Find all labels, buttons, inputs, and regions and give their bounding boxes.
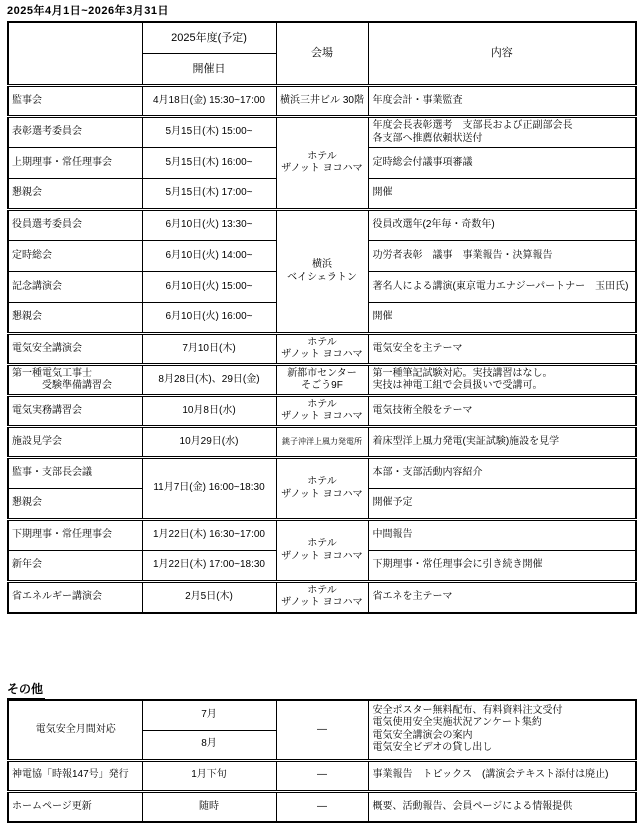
header-blank-cell	[8, 22, 142, 86]
event-content: 開催	[368, 303, 636, 334]
event-venue: ―	[276, 700, 368, 760]
event-name: 省エネルギー講演会	[8, 582, 142, 613]
event-content: 年度会計・事業監査	[368, 86, 636, 117]
table-row: ホームページ更新 随時 ― 概要、活動報告、会員ページによる情報提供	[8, 791, 636, 822]
event-venue: ホテル ザノット ヨコハマ	[276, 520, 368, 582]
event-name: 表彰選考委員会	[8, 117, 142, 148]
table-row: 第一種電気工事士 受験準備講習会 8月28日(木)、29日(金) 新都市センター…	[8, 365, 636, 396]
other-activities-table: 電気安全月間対応 7月 ― 安全ポスター無料配布、有料資料注文受付 電気使用安全…	[7, 699, 637, 823]
table-row: 監事会 4月18日(金) 15:30~17:00 横浜三井ビル 30階 年度会計…	[8, 86, 636, 117]
event-venue: 新都市センター そごう9F	[276, 365, 368, 396]
table-row: 電気安全月間対応 7月 ― 安全ポスター無料配布、有料資料注文受付 電気使用安全…	[8, 700, 636, 730]
event-name: 定時総会	[8, 241, 142, 272]
event-content: 功労者表彰 議事 事業報告・決算報告	[368, 241, 636, 272]
table-row: 役員選考委員会 6月10日(火) 13:30~ 横浜 ベイシェラトン 役員改選年…	[8, 210, 636, 241]
event-date: 2月5日(木)	[142, 582, 276, 613]
event-name: 新年会	[8, 551, 142, 582]
table-row: 省エネルギー講演会 2月5日(木) ホテル ザノット ヨコハマ 省エネを主テーマ	[8, 582, 636, 613]
event-date: 随時	[142, 791, 276, 822]
table-row: 電気安全講演会 7月10日(木) ホテル ザノット ヨコハマ 電気安全を主テーマ	[8, 334, 636, 365]
event-content: 中間報告	[368, 520, 636, 551]
event-date: 4月18日(金) 15:30~17:00	[142, 86, 276, 117]
event-content: 役員改選年(2年毎・奇数年)	[368, 210, 636, 241]
header-venue: 会場	[276, 22, 368, 86]
event-content: 概要、活動報告、会員ページによる情報提供	[368, 791, 636, 822]
event-date: 10月29日(水)	[142, 427, 276, 458]
header-fiscal-year: 2025年度(予定)	[142, 22, 276, 54]
event-venue: ホテル ザノット ヨコハマ	[276, 117, 368, 210]
header-date: 開催日	[142, 54, 276, 86]
event-name: 第一種電気工事士 受験準備講習会	[8, 365, 142, 396]
event-venue: 横浜三井ビル 30階	[276, 86, 368, 117]
event-content: 著名人による講演(東京電力エナジーパートナー 玉田氏)	[368, 272, 636, 303]
event-date: 1月下旬	[142, 760, 276, 791]
event-content: 開催	[368, 179, 636, 210]
event-name: 神電協「時報147号」発行	[8, 760, 142, 791]
event-venue: ホテル ザノット ヨコハマ	[276, 396, 368, 427]
event-venue: 横浜 ベイシェラトン	[276, 210, 368, 334]
event-content: 安全ポスター無料配布、有料資料注文受付 電気使用安全実施状況アンケート集約 電気…	[368, 700, 636, 760]
event-name: 監事会	[8, 86, 142, 117]
event-date: 7月	[142, 700, 276, 730]
event-content: 省エネを主テーマ	[368, 582, 636, 613]
table-row: 神電協「時報147号」発行 1月下旬 ― 事業報告 トピックス (講演会テキスト…	[8, 760, 636, 791]
event-date: 5月15日(木) 16:00~	[142, 148, 276, 179]
event-venue: ホテル ザノット ヨコハマ	[276, 458, 368, 520]
event-name: 記念講演会	[8, 272, 142, 303]
event-content: 年度会長表彰選考 支部長および正副部会長 各支部へ推薦依頼状送付	[368, 117, 636, 148]
event-content: 電気技術全般をテーマ	[368, 396, 636, 427]
event-date: 1月22日(木) 17:00~18:30	[142, 551, 276, 582]
event-venue: ―	[276, 791, 368, 822]
table-row: 表彰選考委員会 5月15日(木) 15:00~ ホテル ザノット ヨコハマ 年度…	[8, 117, 636, 148]
event-content: 開催予定	[368, 489, 636, 520]
event-venue: ホテル ザノット ヨコハマ	[276, 582, 368, 613]
event-name: 電気安全講演会	[8, 334, 142, 365]
event-name: 電気実務講習会	[8, 396, 142, 427]
event-content: 事業報告 トピックス (講演会テキスト添付は廃止)	[368, 760, 636, 791]
event-date: 6月10日(火) 16:00~	[142, 303, 276, 334]
event-name: 監事・支部長会議	[8, 458, 142, 489]
event-content: 電気安全を主テーマ	[368, 334, 636, 365]
event-name: 下期理事・常任理事会	[8, 520, 142, 551]
event-content: 定時総会付議事項審議	[368, 148, 636, 179]
table-row: 監事・支部長会議 11月7日(金) 16:00~18:30 ホテル ザノット ヨ…	[8, 458, 636, 489]
event-date: 8月28日(木)、29日(金)	[142, 365, 276, 396]
event-venue: ホテル ザノット ヨコハマ	[276, 334, 368, 365]
event-content: 本部・支部活動内容紹介	[368, 458, 636, 489]
header-row-1: 2025年度(予定) 会場 内容	[8, 22, 636, 54]
event-date: 6月10日(火) 15:00~	[142, 272, 276, 303]
period-label: 2025年4月1日~2026年3月31日	[7, 2, 169, 18]
event-date: 6月10日(火) 13:30~	[142, 210, 276, 241]
event-content: 第一種筆記試験対応。実技講習はなし。 実技は神電工組で会員扱いで受講可。	[368, 365, 636, 396]
event-name: 懇親会	[8, 179, 142, 210]
other-section-title: その他	[7, 680, 45, 699]
table-row: 下期理事・常任理事会 1月22日(木) 16:30~17:00 ホテル ザノット…	[8, 520, 636, 551]
event-name: ホームページ更新	[8, 791, 142, 822]
event-content: 下期理事・常任理事会に引き続き開催	[368, 551, 636, 582]
event-content: 着床型洋上風力発電(実証試験)施設を見学	[368, 427, 636, 458]
event-date: 10月8日(水)	[142, 396, 276, 427]
event-name: 役員選考委員会	[8, 210, 142, 241]
event-name: 施設見学会	[8, 427, 142, 458]
table-row: 電気実務講習会 10月8日(水) ホテル ザノット ヨコハマ 電気技術全般をテー…	[8, 396, 636, 427]
event-name: 上期理事・常任理事会	[8, 148, 142, 179]
event-venue: 銚子沖洋上風力発電所	[276, 427, 368, 458]
event-venue: ―	[276, 760, 368, 791]
event-date: 7月10日(木)	[142, 334, 276, 365]
event-date: 5月15日(木) 17:00~	[142, 179, 276, 210]
table-row: 施設見学会 10月29日(水) 銚子沖洋上風力発電所 着床型洋上風力発電(実証試…	[8, 427, 636, 458]
event-date: 8月	[142, 730, 276, 760]
event-date: 11月7日(金) 16:00~18:30	[142, 458, 276, 520]
annual-schedule-table: 2025年度(予定) 会場 内容 開催日 監事会 4月18日(金) 15:30~…	[7, 21, 637, 614]
event-date: 1月22日(木) 16:30~17:00	[142, 520, 276, 551]
event-date: 5月15日(木) 15:00~	[142, 117, 276, 148]
event-date: 6月10日(火) 14:00~	[142, 241, 276, 272]
event-name: 懇親会	[8, 303, 142, 334]
header-content: 内容	[368, 22, 636, 86]
event-name: 懇親会	[8, 489, 142, 520]
event-name: 電気安全月間対応	[8, 700, 142, 760]
